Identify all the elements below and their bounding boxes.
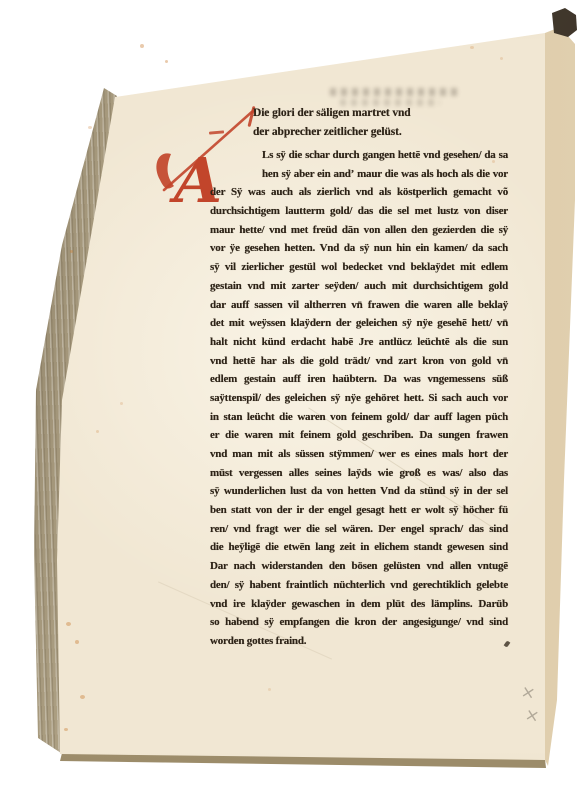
text-line: sÿ vil zierlicher gestül wol bedecket vn… (210, 258, 508, 277)
text-line: er die waren mit feinem gold geschriben.… (210, 426, 508, 445)
text-line: maur hette/ vnd met freüd dān von allen … (210, 221, 508, 240)
foxing-spot (140, 44, 144, 48)
text-line: vnd hettē har als die gold trädt/ vnd za… (210, 352, 508, 371)
text-line: det mit weÿssen klaÿdern der geleichen s… (210, 314, 508, 333)
heading-line: Die glori der säligen martret vnd (253, 104, 508, 123)
foxing-spot (165, 60, 168, 63)
foxing-spot (268, 688, 271, 691)
text-line: Dar nach widerstanden den bösen gelüsten… (210, 557, 508, 576)
text-line: durchsichtigem lautterm gold/ das die se… (210, 202, 508, 221)
book-photograph: A Die glori der säligen martret vnd der … (0, 0, 579, 800)
text-line: hen sÿ aber ein andʼ maur die was als ho… (262, 165, 508, 184)
text-line: edlem gestain auff iren haübtern. Da was… (210, 370, 508, 389)
text-line: sÿ wunderlichen lust da von hetten Vnd d… (210, 482, 508, 501)
text-line: saÿttenspil/ des geleichen sÿ nÿe gehöre… (210, 389, 508, 408)
foxing-spot (500, 57, 503, 60)
body-paragraph: Ls sÿ die schar durch gangen hettē vnd g… (210, 146, 508, 651)
foxing-spot (120, 402, 123, 405)
text-line: vnd man mit als süssen stÿmmen/ wer es e… (210, 445, 508, 464)
text-line: so habend sÿ empfangen die kron der ange… (210, 613, 508, 632)
show-through-text (330, 88, 460, 96)
text-line: worden gottes fraind. (210, 632, 508, 651)
text-line: vor ÿe gesehen hetten. Vnd da sÿ nun hin… (210, 239, 508, 258)
heading-line: der abprecher zeitlicher gelüst. (253, 123, 508, 142)
text-line: müst vergessen alles seines laÿds wie gr… (210, 464, 508, 483)
text-line: der Sÿ was auch als zierlich vnd als kös… (210, 183, 508, 202)
text-line: gestain vnd mit zarter seÿden/ auch mit … (210, 277, 508, 296)
text-line: halt nicht künd erdacht habē Jre antlücz… (210, 333, 508, 352)
foxing-spot (96, 430, 99, 433)
text-block: Die glori der säligen martret vnd der ab… (210, 104, 508, 651)
text-line: die heÿligē die etwēn lang zeit in elich… (210, 538, 508, 557)
text-line: den/ sÿ habent fraintlich nüchterlich vn… (210, 576, 508, 595)
foxing-spot (470, 46, 474, 49)
foxing-spot (88, 126, 92, 129)
foxing-spot (66, 622, 71, 626)
text-line: in stan leücht die waren von feinem gold… (210, 408, 508, 427)
text-line: ren/ vnd fragt wer die sel wären. Der en… (210, 520, 508, 539)
foxing-spot (80, 695, 85, 699)
foxing-spot (70, 250, 73, 253)
text-line: vnd ire klaÿder gewaschen in dem plüt de… (210, 595, 508, 614)
text-line: Ls sÿ die schar durch gangen hettē vnd g… (262, 146, 508, 165)
text-line: ben statt von der ir der engel gesagt he… (210, 501, 508, 520)
foxing-spot (75, 640, 79, 644)
text-line: dar auff sassen vil altherren vn̄ frawen… (210, 296, 508, 315)
foxing-spot (64, 728, 68, 731)
